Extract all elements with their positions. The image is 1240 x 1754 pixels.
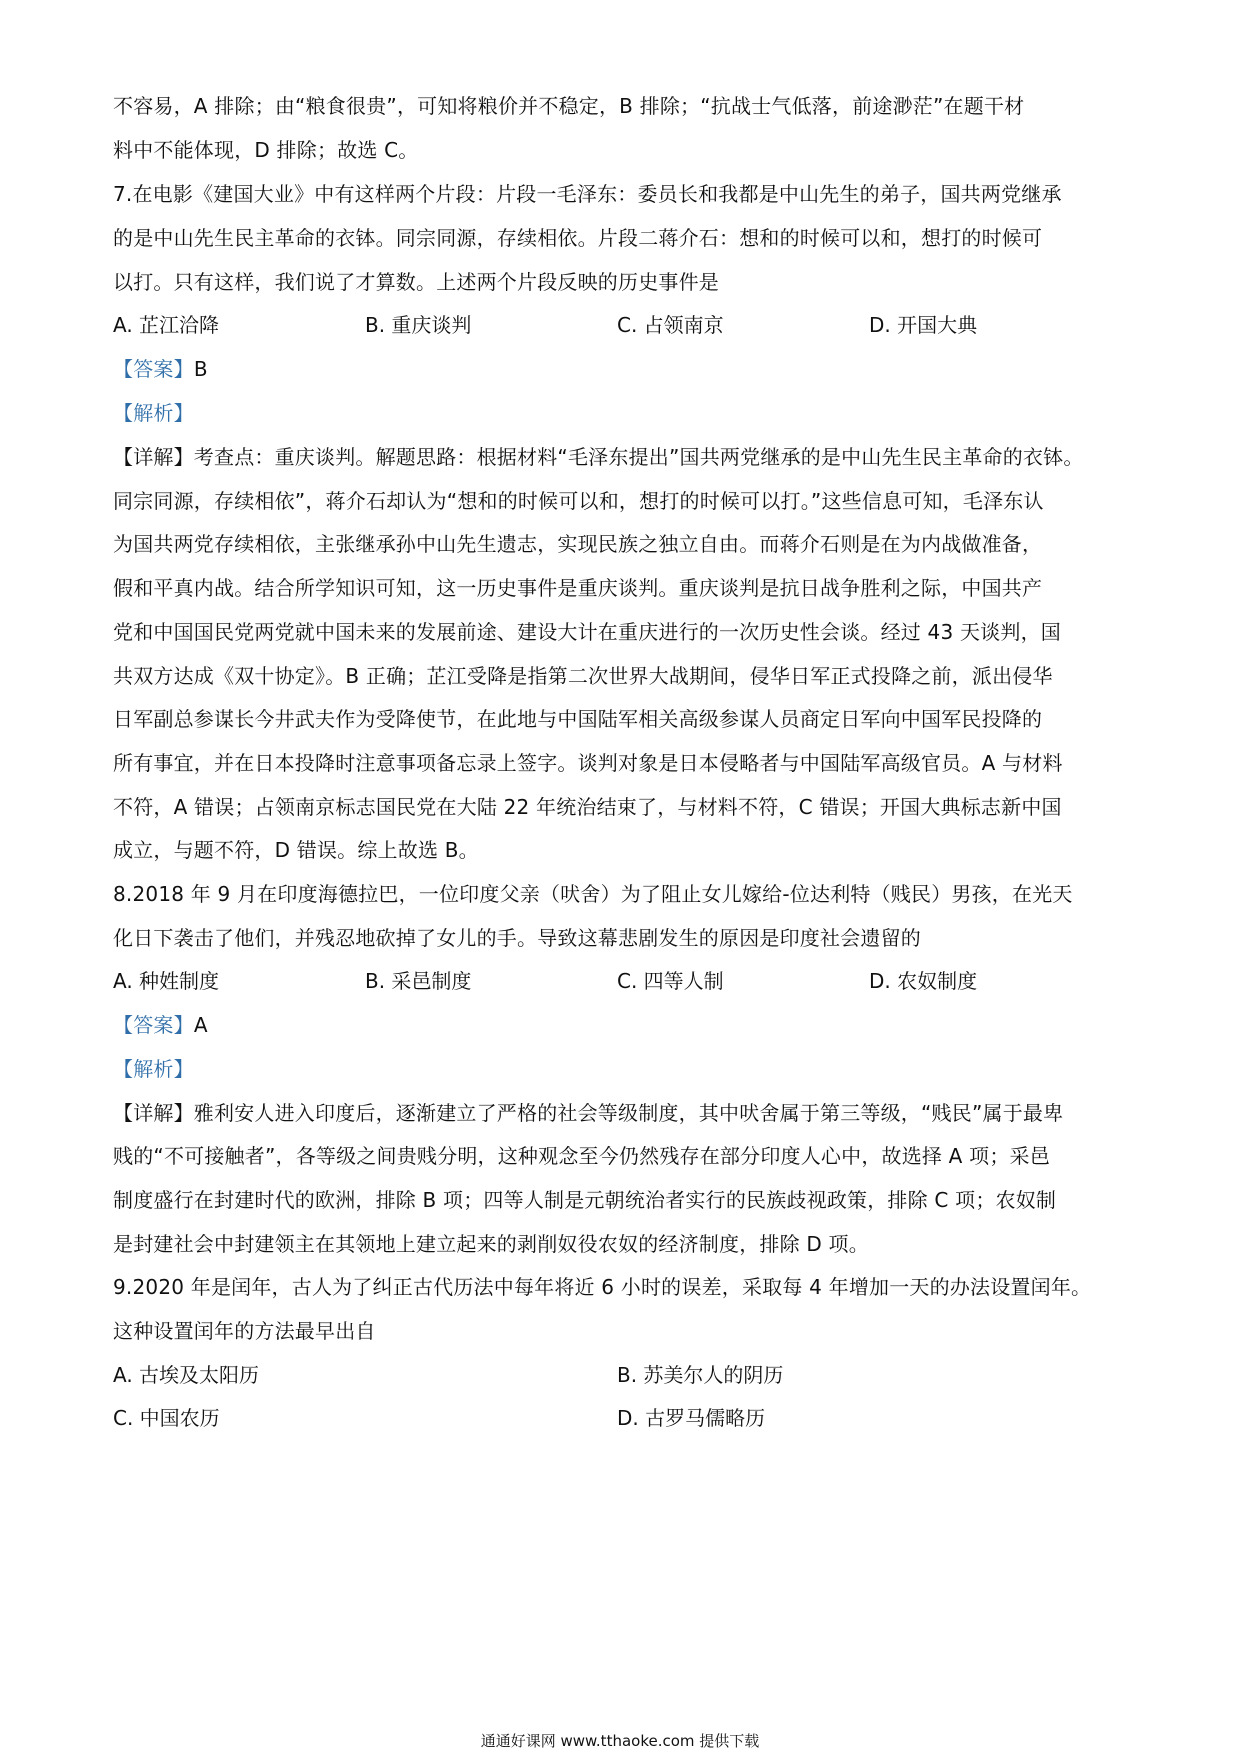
- question-7-stem: 7.在电影《建国大业》中有这样两个片段：片段一毛泽东：委员长和我都是中山先生的弟…: [113, 180, 1062, 208]
- question-9-option-b: B. 苏美尔人的阴历: [617, 1361, 783, 1389]
- question-7-answer: 【答案】B: [113, 355, 208, 383]
- question-8-detail: 制度盛行在封建时代的欧洲，排除 B 项；四等人制是元朝统治者实行的民族歧视政策，…: [113, 1186, 1056, 1214]
- question-7-option-b: B. 重庆谈判: [365, 311, 471, 339]
- question-9-option-d: D. 古罗马儒略历: [617, 1404, 765, 1432]
- question-8-detail: 是封建社会中封建领主在其领地上建立起来的剥削奴役农奴的经济制度，排除 D 项。: [113, 1230, 869, 1258]
- document-page: 不容易，A 排除；由“粮食很贵”，可知将粮价并不稳定，B 排除；“抗战士气低落，…: [0, 0, 1240, 1754]
- paragraph-line: 料中不能体现，D 排除；故选 C。: [113, 136, 418, 164]
- question-7-detail: 日军副总参谋长今井武夫作为受降使节，在此地与中国陆军相关高级参谋人员商定日军向中…: [113, 705, 1042, 733]
- question-8-detail: 【详解】雅利安人进入印度后，逐渐建立了严格的社会等级制度，其中吠舍属于第三等级，…: [113, 1099, 1063, 1127]
- question-9-stem: 这种设置闰年的方法最早出自: [113, 1317, 376, 1345]
- question-7-detail: 同宗同源，存续相依”，蒋介石却认为“想和的时候可以和，想打的时候可以打。”这些信…: [113, 487, 1044, 515]
- question-8-option-c: C. 四等人制: [617, 967, 724, 995]
- footer-watermark: 通通好课网 www.tthaoke.com 提供下载: [0, 1730, 1240, 1751]
- question-7-detail: 假和平真内战。结合所学知识可知，这一历史事件是重庆谈判。重庆谈判是抗日战争胜利之…: [113, 574, 1042, 602]
- question-8-option-d: D. 农奴制度: [869, 967, 977, 995]
- analysis-label: 【解析】: [113, 399, 194, 427]
- question-7-detail: 党和中国国民党两党就中国未来的发展前途、建设大计在重庆进行的一次历史性会谈。经过…: [113, 618, 1061, 646]
- question-7-detail: 共双方达成《双十协定》。B 正确；芷江受降是指第二次世界大战期间，侵华日军正式投…: [113, 662, 1053, 690]
- question-9-option-c: C. 中国农历: [113, 1404, 220, 1432]
- analysis-label: 【解析】: [113, 1055, 194, 1083]
- question-7-option-c: C. 占领南京: [617, 311, 724, 339]
- question-7-stem: 以打。只有这样，我们说了才算数。上述两个片段反映的历史事件是: [113, 268, 719, 296]
- paragraph-line: 不容易，A 排除；由“粮食很贵”，可知将粮价并不稳定，B 排除；“抗战士气低落，…: [113, 92, 1024, 120]
- question-7-detail: 【详解】考查点：重庆谈判。解题思路：根据材料“毛泽东提出”国共两党继承的是中山先…: [113, 443, 1084, 471]
- question-7-detail: 成立，与题不符，D 错误。综上故选 B。: [113, 836, 479, 864]
- answer-label: 【答案】: [113, 357, 194, 381]
- question-8-detail: 贱的“不可接触者”，各等级之间贵贱分明，这种观念至今仍然残存在部分印度人心中，故…: [113, 1142, 1050, 1170]
- question-7-option-d: D. 开国大典: [869, 311, 977, 339]
- question-7-option-a: A. 芷江洽降: [113, 311, 219, 339]
- question-7-detail: 为国共两党存续相依，主张继承孙中山先生遗志，实现民族之独立自由。而蒋介石则是在为…: [113, 530, 1042, 558]
- question-7-detail: 所有事宜，并在日本投降时注意事项备忘录上签字。谈判对象是日本侵略者与中国陆军高级…: [113, 749, 1063, 777]
- answer-value: B: [194, 357, 208, 381]
- question-7-stem: 的是中山先生民主革命的衣钵。同宗同源，存续相依。片段二蒋介石：想和的时候可以和，…: [113, 224, 1042, 252]
- question-8-option-b: B. 采邑制度: [365, 967, 471, 995]
- question-8-answer: 【答案】A: [113, 1011, 208, 1039]
- answer-label: 【答案】: [113, 1013, 194, 1037]
- question-7-detail: 不符，A 错误；占领南京标志国民党在大陆 22 年统治结束了，与材料不符，C 错…: [113, 793, 1062, 821]
- question-8-stem: 8.2018 年 9 月在印度海德拉巴，一位印度父亲（吠舍）为了阻止女儿嫁给-位…: [113, 880, 1073, 908]
- question-9-option-a: A. 古埃及太阳历: [113, 1361, 259, 1389]
- answer-value: A: [194, 1013, 208, 1037]
- question-8-stem: 化日下袭击了他们，并残忍地砍掉了女儿的手。导致这幕悲剧发生的原因是印度社会遗留的: [113, 924, 921, 952]
- question-8-option-a: A. 种姓制度: [113, 967, 219, 995]
- question-9-stem: 9.2020 年是闰年，古人为了纠正古代历法中每年将近 6 小时的误差，采取每 …: [113, 1273, 1091, 1301]
